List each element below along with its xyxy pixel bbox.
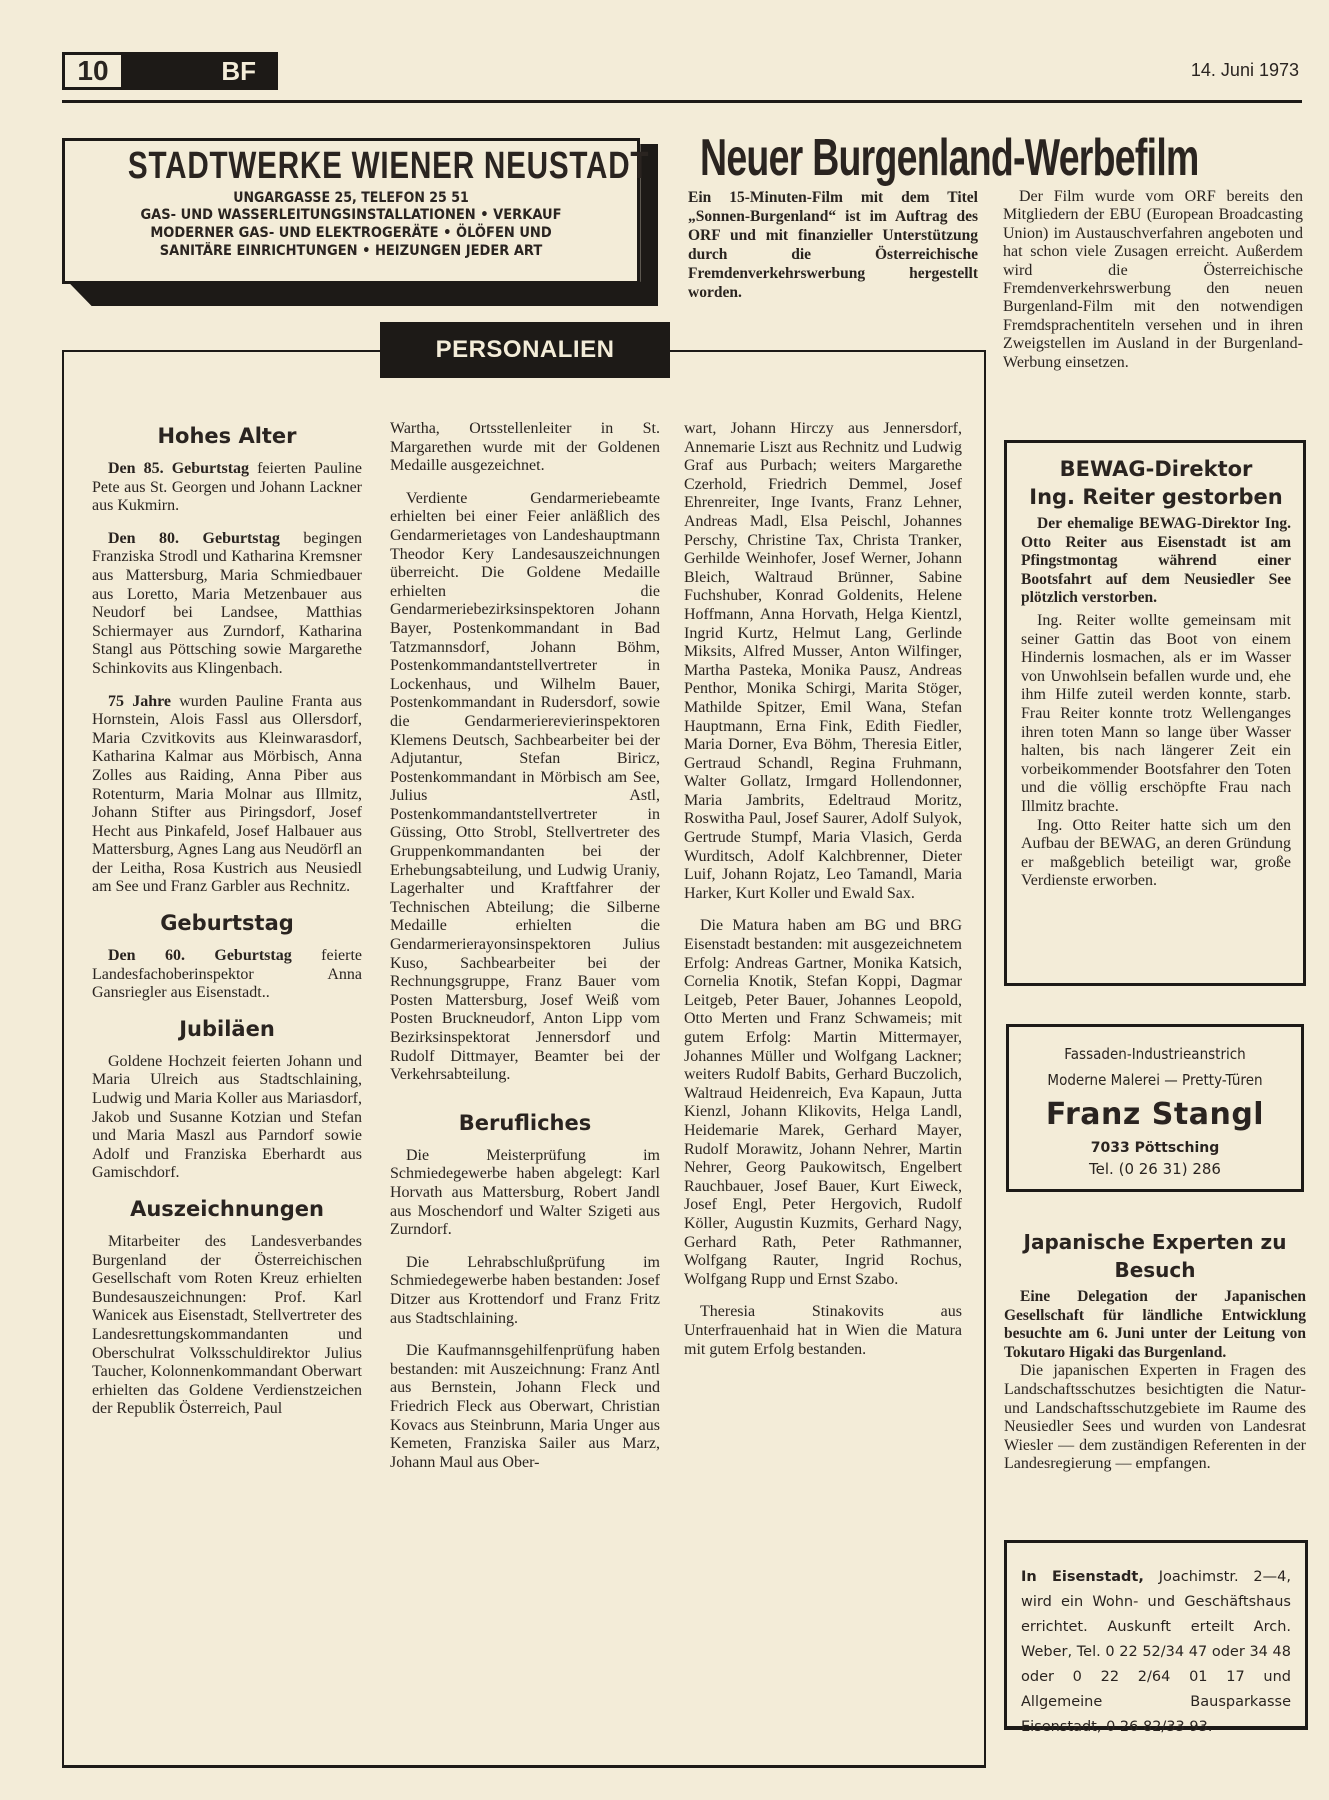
page-number: 10: [62, 52, 124, 90]
ad-stangl: Fassaden-Industrieanstrich Moderne Maler…: [1006, 1024, 1304, 1192]
bold-lead: 75 Jahre: [108, 693, 171, 710]
headline-bewag-2: Ing. Reiter gestorben: [1021, 483, 1291, 511]
ad-stangl-address: 7033 Pöttsching: [1009, 1138, 1301, 1158]
ad-stadtwerke: STADTWERKE WIENER NEUSTADT UNGARGASSE 25…: [62, 138, 640, 284]
frame-rule: [62, 350, 380, 352]
lead-bewag: Der ehemalige BEWAG-Direktor Ing. Otto R…: [1021, 515, 1291, 608]
paragraph: Den 80. Geburtstag begingen Franziska St…: [92, 530, 362, 679]
paragraph: Goldene Hochzeit feierten Johann und Mar…: [92, 1053, 362, 1183]
bold-lead: Den 80. Geburtstag: [108, 530, 280, 547]
paragraph-text: wurden Pauline Franta aus Hornstein, Alo…: [92, 693, 362, 896]
personalien-column-2: Wartha, Ortsstellenleiter in St. Margare…: [390, 420, 660, 1486]
ad-eisenstadt: In Eisenstadt, Joachimstr. 2—4, wird ein…: [1004, 1540, 1308, 1730]
article-japan: Japanische Experten zu Besuch Eine Deleg…: [1004, 1228, 1306, 1474]
paragraph: Theresia Stinakovits aus Unterfrauenhaid…: [684, 1303, 962, 1359]
paragraph: Wartha, Ortsstellenleiter in St. Margare…: [390, 420, 660, 476]
paragraph: 75 Jahre wurden Pauline Franta aus Horns…: [92, 693, 362, 898]
subhead-berufliches: Berufliches: [390, 1111, 660, 1135]
ad-eisenstadt-bold: In Eisenstadt,: [1021, 1569, 1144, 1585]
personalien-banner: PERSONALIEN: [380, 322, 670, 378]
header-rule: [62, 100, 1302, 103]
paragraph: Die Meisterprüfung im Schmiedegewerbe ha…: [390, 1147, 660, 1240]
paragraph: Die Lehrabschlußprüfung im Schmiedegewer…: [390, 1254, 660, 1328]
bold-lead: Den 60. Geburtstag: [108, 947, 292, 964]
subhead-geburtstag: Geburtstag: [92, 911, 362, 935]
ad-stangl-name: Franz Stangl: [1009, 1097, 1301, 1132]
frame-rule: [668, 350, 986, 352]
lead-werbefilm: Ein 15-Minuten-Film mit dem Titel „Sonne…: [688, 188, 978, 302]
body-werbefilm: Der Film wurde vom ORF bereits den Mitgl…: [1003, 188, 1303, 372]
headline-japan-1: Japanische Experten zu: [1004, 1228, 1306, 1256]
paragraph: Ing. Reiter wollte gemeinsam mit seiner …: [1021, 612, 1291, 817]
bold-lead: Den 85. Geburtstag: [108, 460, 249, 477]
ad-address: UNGARGASSE 25, TELEFON 25 51: [94, 190, 609, 206]
body-bewag: Ing. Reiter wollte gemeinsam mit seiner …: [1021, 612, 1291, 891]
paragraph: wart, Johann Hirczy aus Jennersdorf, Ann…: [684, 420, 962, 903]
subhead-hohes-alter: Hohes Alter: [92, 424, 362, 448]
ad-stangl-phone: Tel. (0 26 31) 286: [1009, 1158, 1301, 1180]
headline-bewag-1: BEWAG-Direktor: [1021, 455, 1291, 483]
paragraph: Den 85. Geburtstag feierten Pauline Pete…: [92, 460, 362, 516]
ad-stangl-line2: Moderne Malerei — Pretty-Türen: [1024, 1067, 1287, 1093]
personalien-column-3: wart, Johann Hirczy aus Jennersdorf, Ann…: [684, 420, 962, 1373]
paragraph: Verdiente Gendarmeriebeamte erhielten be…: [390, 490, 660, 1085]
subhead-auszeichnungen: Auszeichnungen: [92, 1197, 362, 1221]
headline-japan-2: Besuch: [1004, 1256, 1306, 1284]
ad-line: GAS- UND WASSERLEITUNGSINSTALLATIONEN • …: [94, 206, 609, 224]
subhead-jubilaeen: Jubiläen: [92, 1017, 362, 1041]
paragraph: Die Kaufmannsgehilfenprüfung haben besta…: [390, 1342, 660, 1472]
paragraph-text: begingen Franziska Strodl und Katharina …: [92, 530, 362, 677]
ad-title: STADTWERKE WIENER NEUSTADT: [128, 145, 574, 188]
paragraph: Die Matura haben am BG und BRG Eisenstad…: [684, 917, 962, 1289]
paragraph: Mitarbeiter des Landesverbandes Burgenla…: [92, 1233, 362, 1419]
personalien-column-1: Hohes Alter Den 85. Geburtstag feierten …: [92, 424, 362, 1433]
section-tag: BF: [122, 52, 278, 90]
article-bewag: BEWAG-Direktor Ing. Reiter gestorben Der…: [1004, 440, 1306, 986]
ad-line: MODERNER GAS- UND ELEKTROGERÄTE • ÖLÖFEN…: [94, 224, 609, 242]
lead-japan: Eine Delegation der Japanischen Gesellsc…: [1004, 1288, 1306, 1362]
ad-stangl-line1: Fassaden-Industrieanstrich: [1024, 1041, 1287, 1067]
paragraph: Den 60. Geburtstag feierte Landesfachobe…: [92, 947, 362, 1003]
body-japan: Die japanischen Experten in Fragen des L…: [1004, 1362, 1306, 1474]
issue-date: 14. Juni 1973: [1191, 60, 1299, 81]
ad-line: SANITÄRE EINRICHTUNGEN • HEIZUNGEN JEDER…: [94, 242, 609, 260]
paragraph: Ing. Otto Reiter hatte sich um den Aufba…: [1021, 817, 1291, 891]
ad-eisenstadt-text: Joachimstr. 2—4, wird ein Wohn- und Gesc…: [1021, 1569, 1291, 1735]
headline-werbefilm: Neuer Burgenland-Werbefilm: [700, 128, 1103, 188]
